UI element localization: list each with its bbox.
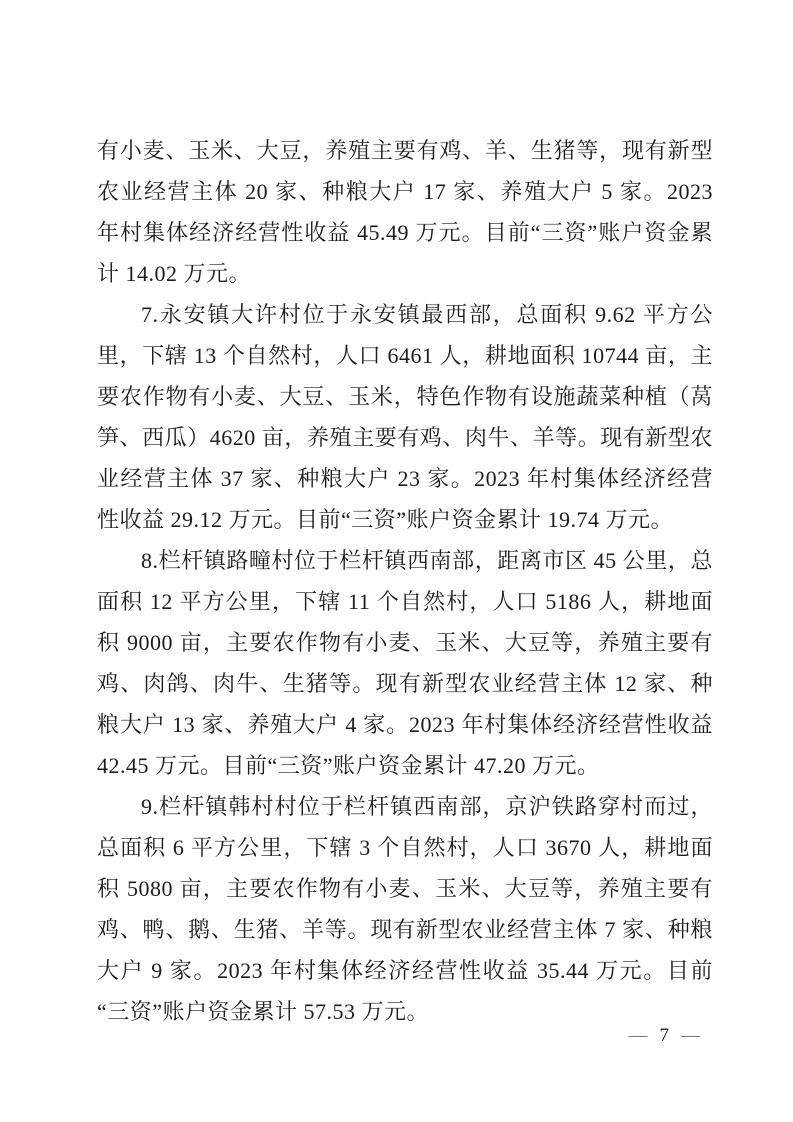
document-page: 有小麦、玉米、大豆，养殖主要有鸡、羊、生猪等，现有新型农业经营主体 20 家、种… xyxy=(0,0,793,1122)
page-number-dash-right: — xyxy=(678,1025,703,1046)
page-number: 7 xyxy=(651,1025,679,1046)
paragraph-item-7: 7.永安镇大许村位于永安镇最西部，总面积 9.62 平方公里，下辖 13 个自然… xyxy=(97,294,713,540)
paragraph-item-8: 8.栏杆镇路疃村位于栏杆镇西南部，距离市区 45 公里，总面积 12 平方公里，… xyxy=(97,540,713,786)
page-number-dash-left: — xyxy=(626,1025,651,1046)
paragraph-item-6-continuation: 有小麦、玉米、大豆，养殖主要有鸡、羊、生猪等，现有新型农业经营主体 20 家、种… xyxy=(97,130,713,294)
page-footer: —7— xyxy=(626,1024,704,1048)
paragraph-item-9: 9.栏杆镇韩村村位于栏杆镇西南部，京沪铁路穿村而过，总面积 6 平方公里，下辖 … xyxy=(97,786,713,1032)
document-body: 有小麦、玉米、大豆，养殖主要有鸡、羊、生猪等，现有新型农业经营主体 20 家、种… xyxy=(97,130,713,1032)
